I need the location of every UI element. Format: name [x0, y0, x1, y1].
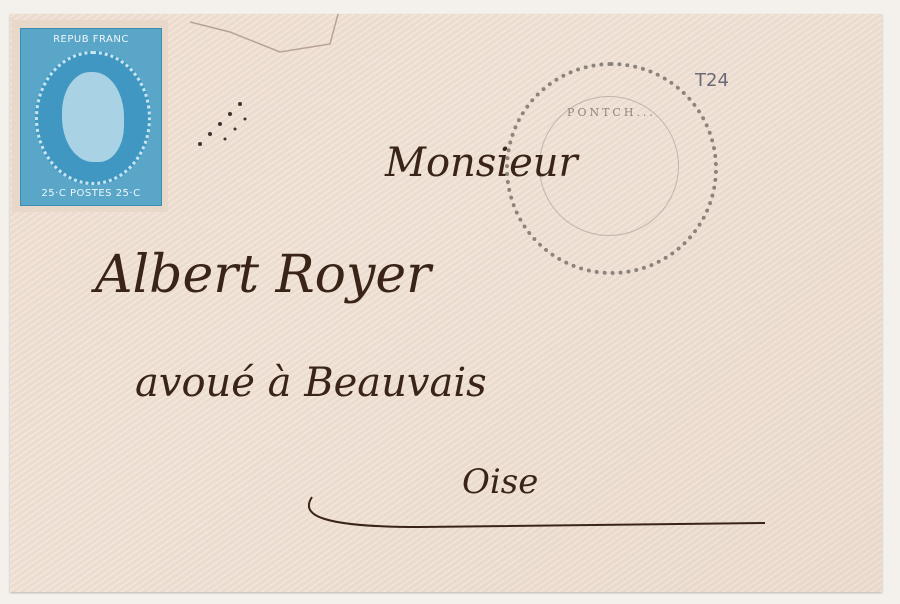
postmark-text: PONTCH...	[509, 106, 714, 119]
cancel-dots	[190, 94, 270, 174]
postage-stamp: REPUB FRANC 25·C POSTES 25·C	[12, 20, 168, 212]
stamp-bottom-text: 25·C POSTES 25·C	[35, 186, 147, 202]
address-line-3: avoué à Beauvais	[135, 360, 487, 406]
address-line-2: Albert Royer	[95, 245, 431, 305]
stamp-portrait-oval	[35, 51, 151, 185]
address-line-1: Monsieur	[385, 140, 578, 186]
torn-flap	[190, 14, 340, 54]
stamp-top-text: REPUB FRANC	[35, 32, 147, 48]
flourish-underline	[300, 495, 770, 535]
ceres-head-icon	[62, 72, 124, 162]
pencil-note: T24	[695, 70, 729, 91]
